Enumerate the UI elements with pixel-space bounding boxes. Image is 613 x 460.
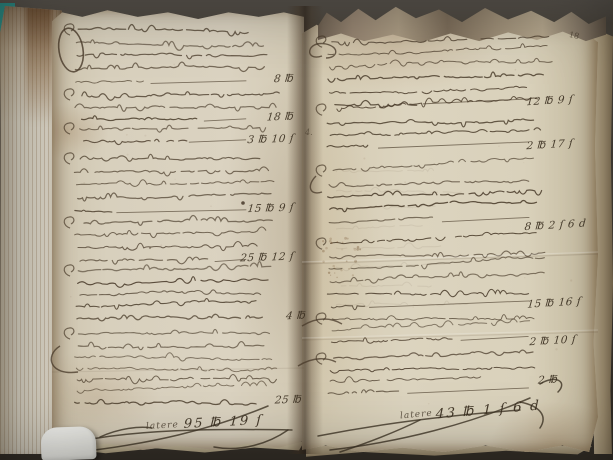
page-total-word: latere bbox=[146, 420, 179, 432]
bookmark-tab bbox=[40, 426, 96, 460]
margin-note: 4. bbox=[305, 128, 313, 137]
manuscript-page-right bbox=[302, 16, 598, 452]
photo-open-manuscript-book: 8 ℔ 18 ℔ 3 ℔ 10 ſ 15 ℔ 9 ſ 25 ℔ 12 ſ 4 ℔… bbox=[0, 0, 613, 460]
